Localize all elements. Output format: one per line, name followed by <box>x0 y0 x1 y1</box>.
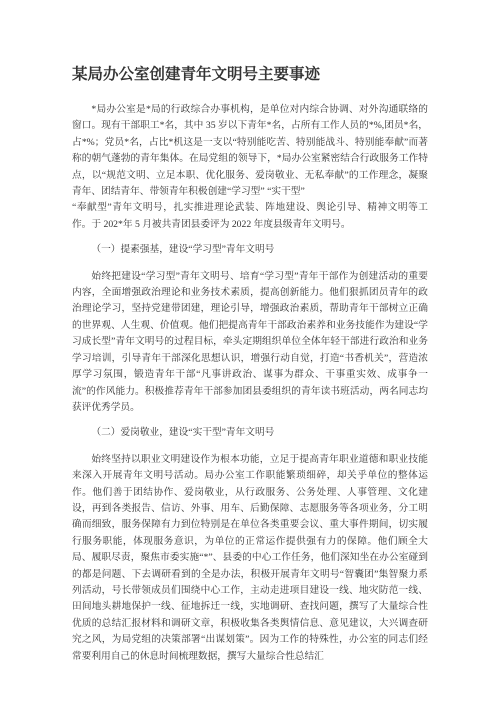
document-title: 某局办公室创建青年文明号主要事迹 <box>72 64 428 86</box>
paragraph-section-1: 始终把建设“学习型”青年文明号、培育“学习型”青年干部作为创建活动的重要内容，全… <box>72 269 428 417</box>
paragraph-section-2: 始终坚持以职业文明建设作为根本功能，立足于提高青年职业道德和职业技能来深入开展青… <box>72 452 428 665</box>
section-heading-1: （一）提素强基，建设“学习型”青年文明号 <box>72 242 428 258</box>
document-page: 某局办公室创建青年文明号主要事迹 *局办公室是*局的行政综合办事机构，是单位对内… <box>0 0 500 707</box>
paragraph-intro-continued: “奉献型”青年文明号，扎实推进理论武装、阵地建设、舆论引导、精神文明等工作。于 … <box>72 200 428 233</box>
paragraph-intro: *局办公室是*局的行政综合办事机构，是单位对内综合协调、对外沟通联络的窗口。现有… <box>72 102 428 200</box>
section-heading-2: （二）爱岗敬业，建设“实干型”青年文明号 <box>72 425 428 441</box>
